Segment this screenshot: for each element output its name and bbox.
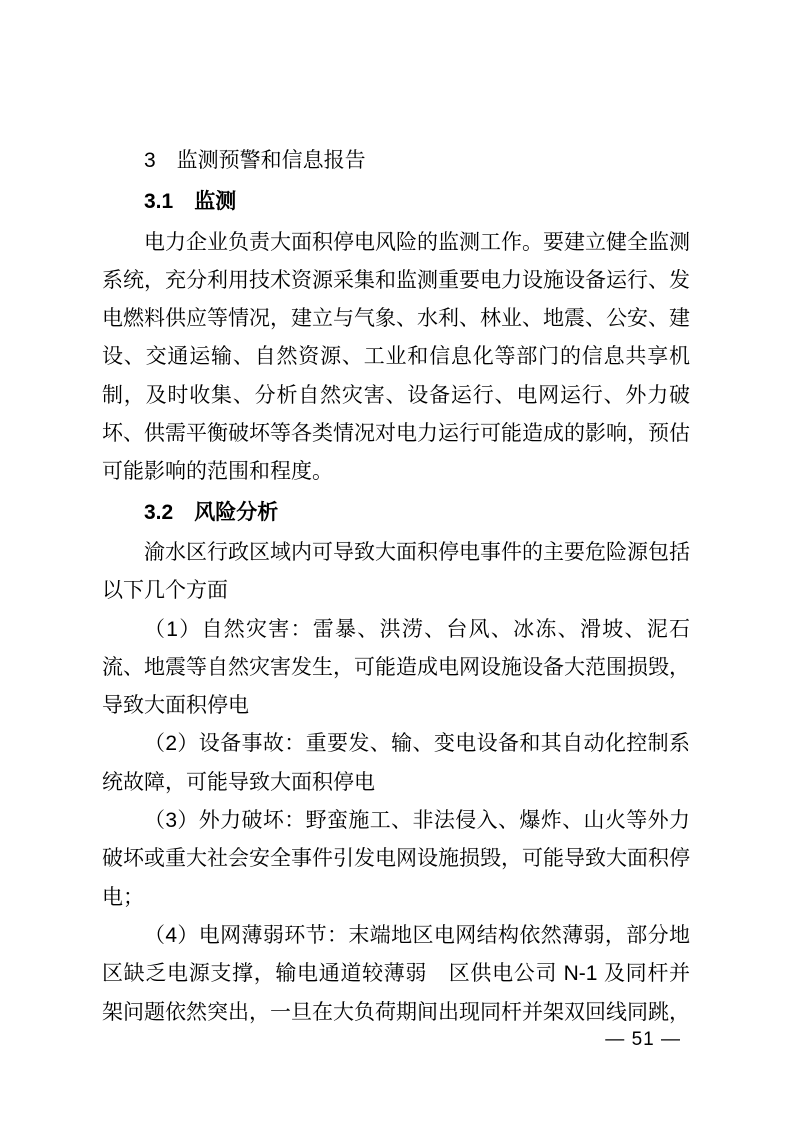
risk-item-equipment-failure: （2）设备事故：重要发、输、变电设备和其自动化控制系统故障，可能导致大面积停电 [102, 725, 690, 802]
risk-item-natural-disaster: （1）自然灾害：雷暴、洪涝、台风、冰冻、滑坡、泥石流、地震等自然灾害发生，可能造… [102, 611, 690, 726]
document-page: 3 监测预警和信息报告 3.1 监测 电力企业负责大面积停电风险的监测工作。要建… [0, 0, 793, 1122]
page-number: — 51 — [605, 1028, 681, 1052]
section-3-1-heading: 3.1 监测 [102, 183, 690, 221]
section-3-2-heading: 3.2 风险分析 [102, 494, 690, 532]
section-3-1-paragraph: 电力企业负责大面积停电风险的监测工作。要建立健全监测系统，充分利用技术资源采集和… [102, 224, 690, 492]
risk-item-external-damage: （3）外力破坏：野蛮施工、非法侵入、爆炸、山火等外力破坏或重大社会安全事件引发电… [102, 802, 690, 917]
chapter-heading: 3 监测预警和信息报告 [102, 142, 690, 180]
section-3-2-intro: 渝水区行政区域内可导致大面积停电事件的主要危险源包括以下几个方面 [102, 534, 690, 611]
document-content: 3 监测预警和信息报告 3.1 监测 电力企业负责大面积停电风险的监测工作。要建… [102, 142, 690, 1032]
risk-item-weak-grid: （4）电网薄弱环节：末端地区电网结构依然薄弱，部分地区缺乏电源支撑，输电通道较薄… [102, 917, 690, 1032]
